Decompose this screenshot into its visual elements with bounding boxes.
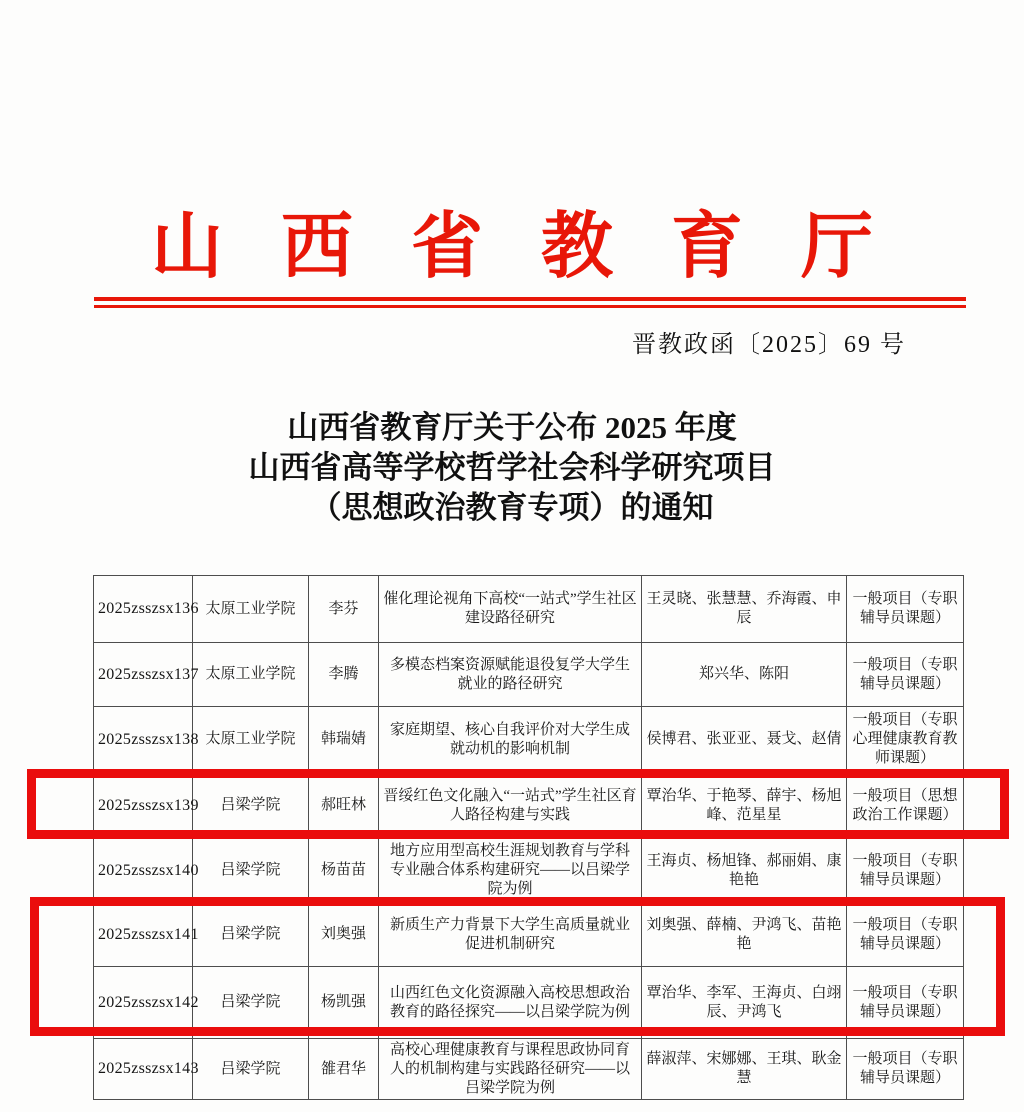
team-cell: 覃治华、李军、王海贞、白翊辰、尹鸿飞 (642, 967, 847, 1039)
document-number: 晋教政函〔2025〕69 号 (632, 324, 906, 359)
team-cell: 薛淑萍、宋娜娜、王琪、耿金慧 (642, 1039, 847, 1100)
category-cell: 一般项目（专职心理健康教育教师课题） (847, 707, 964, 773)
project-id-cell: 2025zsszsx143 (94, 1039, 193, 1100)
project-title-cell: 新质生产力背景下大学生高质量就业促进机制研究 (379, 903, 642, 967)
leader-cell: 杨苗苗 (309, 839, 379, 903)
project-id-cell: 2025zsszsx141 (94, 903, 193, 967)
table-row-highlighted: 2025zsszsx142吕梁学院杨凯强山西红色文化资源融入高校思想政治教育的路… (94, 967, 964, 1039)
leader-cell: 李腾 (309, 643, 379, 707)
project-title-cell: 山西红色文化资源融入高校思想政治教育的路径探究——以吕梁学院为例 (379, 967, 642, 1039)
table-row: 2025zsszsx138太原工业学院韩瑞婧家庭期望、核心自我评价对大学生成就动… (94, 707, 964, 773)
team-cell: 刘奥强、薛楠、尹鸿飞、苗艳艳 (642, 903, 847, 967)
team-cell: 王海贞、杨旭锋、郝丽娟、康艳艳 (642, 839, 847, 903)
project-title-cell: 多模态档案资源赋能退役复学大学生就业的路径研究 (379, 643, 642, 707)
school-cell: 吕梁学院 (193, 1039, 309, 1100)
project-title-cell: 催化理论视角下高校“一站式”学生社区建设路径研究 (379, 576, 642, 643)
projects-table: 2025zsszsx136太原工业学院李芬催化理论视角下高校“一站式”学生社区建… (93, 575, 964, 1100)
leader-cell: 韩瑞婧 (309, 707, 379, 773)
leader-cell: 雒君华 (309, 1039, 379, 1100)
project-id-cell: 2025zsszsx140 (94, 839, 193, 903)
category-cell: 一般项目（专职辅导员课题） (847, 839, 964, 903)
category-cell: 一般项目（专职辅导员课题） (847, 1039, 964, 1100)
school-cell: 吕梁学院 (193, 967, 309, 1039)
project-title-cell: 家庭期望、核心自我评价对大学生成就动机的影响机制 (379, 707, 642, 773)
letterhead-divider (94, 297, 966, 308)
notice-title-line3: （思想政治教育专项）的通知 (0, 488, 1024, 528)
leader-cell: 刘奥强 (309, 903, 379, 967)
school-cell: 太原工业学院 (193, 643, 309, 707)
school-cell: 太原工业学院 (193, 707, 309, 773)
project-id-cell: 2025zsszsx137 (94, 643, 193, 707)
notice-title-line1: 山西省教育厅关于公布 2025 年度 (0, 408, 1024, 448)
category-cell: 一般项目（专职辅导员课题） (847, 576, 964, 643)
leader-cell: 杨凯强 (309, 967, 379, 1039)
projects-table-body: 2025zsszsx136太原工业学院李芬催化理论视角下高校“一站式”学生社区建… (94, 576, 964, 1100)
letterhead-title: 山西省教育厅 (0, 188, 1024, 292)
school-cell: 太原工业学院 (193, 576, 309, 643)
notice-title-line2: 山西省高等学校哲学社会科学研究项目 (0, 448, 1024, 488)
school-cell: 吕梁学院 (193, 839, 309, 903)
project-id-cell: 2025zsszsx142 (94, 967, 193, 1039)
table-row: 2025zsszsx140吕梁学院杨苗苗地方应用型高校生涯规划教育与学科专业融合… (94, 839, 964, 903)
project-title-cell: 地方应用型高校生涯规划教育与学科专业融合体系构建研究——以吕梁学院为例 (379, 839, 642, 903)
table-row-highlighted: 2025zsszsx141吕梁学院刘奥强新质生产力背景下大学生高质量就业促进机制… (94, 903, 964, 967)
category-cell: 一般项目（思想政治工作课题） (847, 773, 964, 839)
team-cell: 侯博君、张亚亚、聂戈、赵倩 (642, 707, 847, 773)
project-title-cell: 晋绥红色文化融入“一站式”学生社区育人路径构建与实践 (379, 773, 642, 839)
team-cell: 王灵晓、张慧慧、乔海霞、申辰 (642, 576, 847, 643)
project-id-cell: 2025zsszsx136 (94, 576, 193, 643)
category-cell: 一般项目（专职辅导员课题） (847, 903, 964, 967)
project-id-cell: 2025zsszsx138 (94, 707, 193, 773)
leader-cell: 李芬 (309, 576, 379, 643)
school-cell: 吕梁学院 (193, 903, 309, 967)
category-cell: 一般项目（专职辅导员课题） (847, 967, 964, 1039)
table-row: 2025zsszsx137太原工业学院李腾多模态档案资源赋能退役复学大学生就业的… (94, 643, 964, 707)
notice-title: 山西省教育厅关于公布 2025 年度 山西省高等学校哲学社会科学研究项目 （思想… (0, 408, 1024, 528)
team-cell: 郑兴华、陈阳 (642, 643, 847, 707)
document-page: 山西省教育厅 晋教政函〔2025〕69 号 山西省教育厅关于公布 2025 年度… (0, 0, 1024, 1112)
team-cell: 覃治华、于艳琴、薛宇、杨旭峰、范星星 (642, 773, 847, 839)
table-row-highlighted: 2025zsszsx139吕梁学院郝旺林晋绥红色文化融入“一站式”学生社区育人路… (94, 773, 964, 839)
project-id-cell: 2025zsszsx139 (94, 773, 193, 839)
table-row: 2025zsszsx136太原工业学院李芬催化理论视角下高校“一站式”学生社区建… (94, 576, 964, 643)
leader-cell: 郝旺林 (309, 773, 379, 839)
table-row: 2025zsszsx143吕梁学院雒君华高校心理健康教育与课程思政协同育人的机制… (94, 1039, 964, 1100)
school-cell: 吕梁学院 (193, 773, 309, 839)
category-cell: 一般项目（专职辅导员课题） (847, 643, 964, 707)
project-title-cell: 高校心理健康教育与课程思政协同育人的机制构建与实践路径研究——以吕梁学院为例 (379, 1039, 642, 1100)
